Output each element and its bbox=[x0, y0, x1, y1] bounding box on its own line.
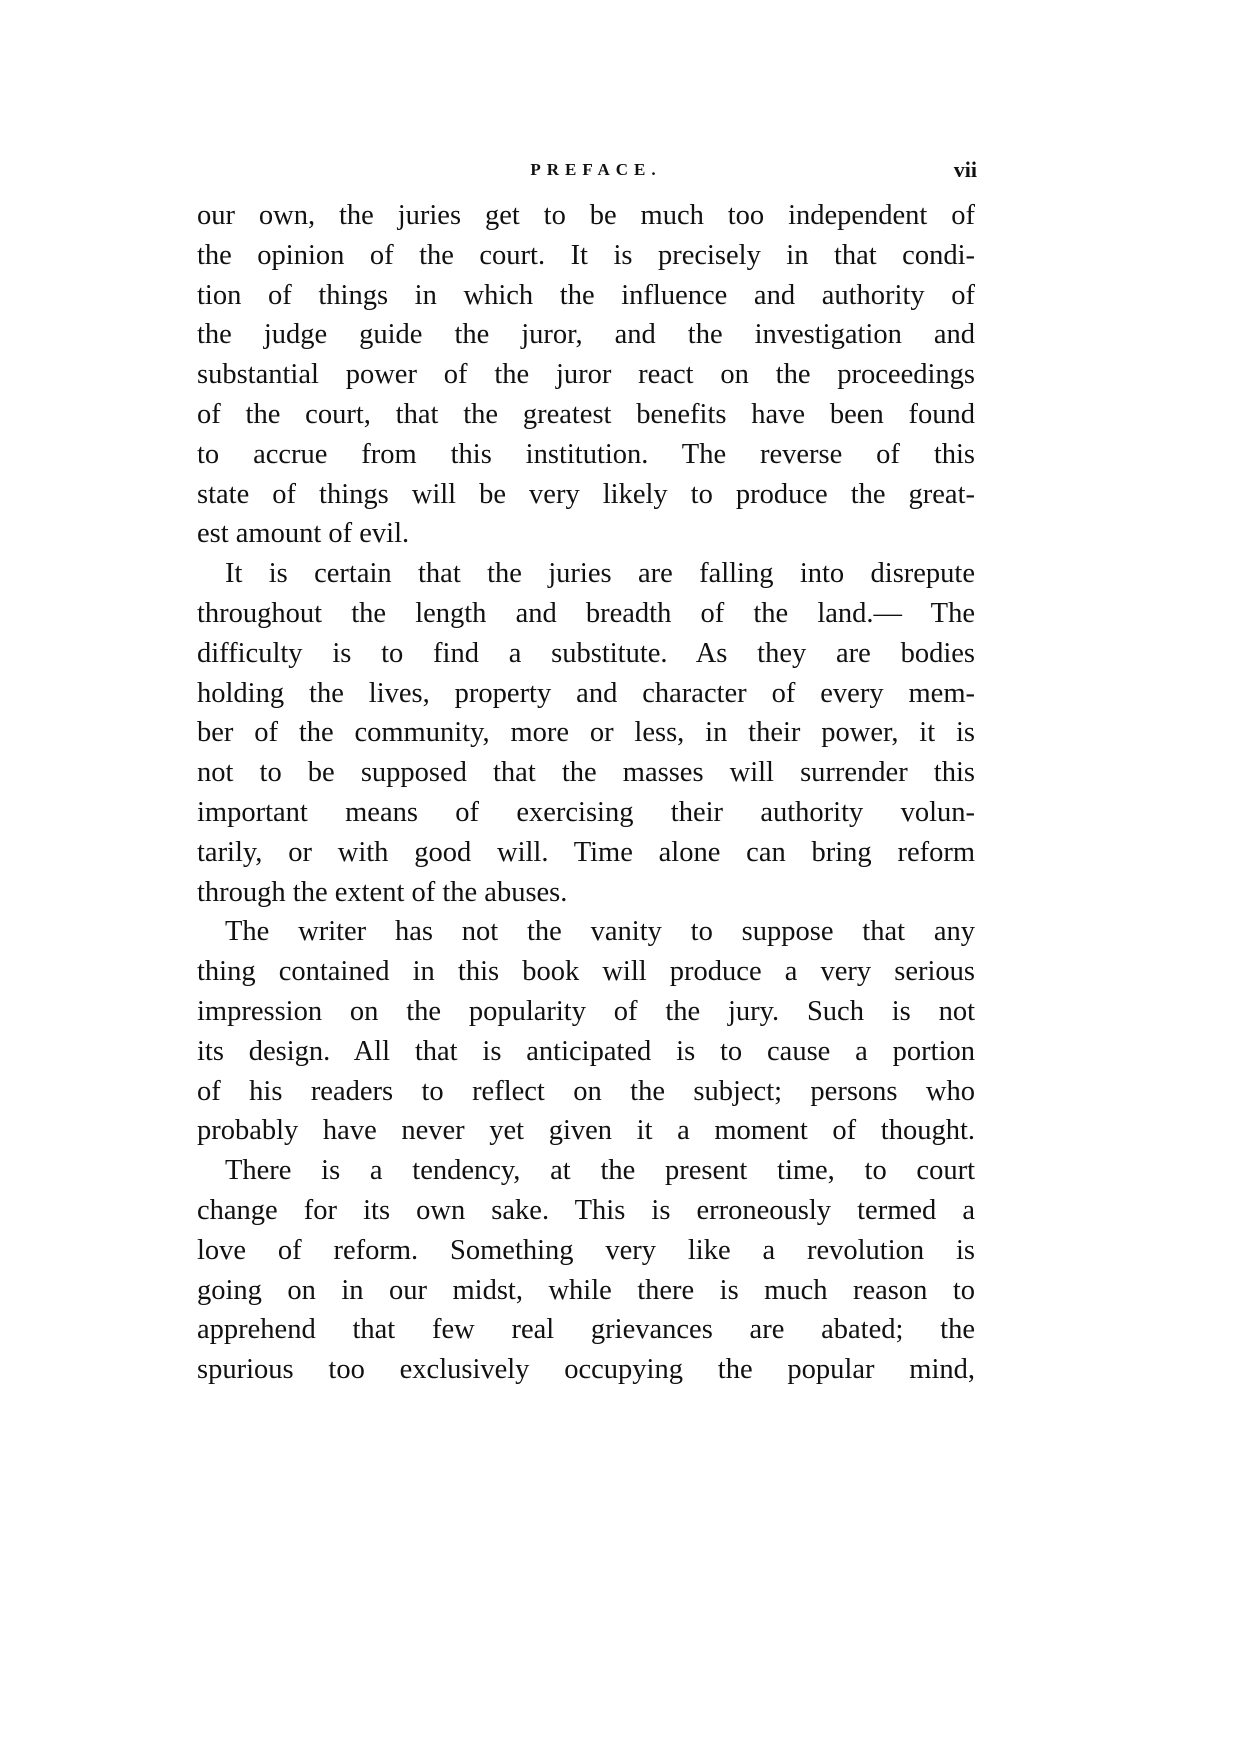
text-line: its design. All that is anticipated is t… bbox=[197, 1032, 975, 1072]
text-line: not to be supposed that the masses will … bbox=[197, 753, 975, 793]
text-line: important means of exercising their auth… bbox=[197, 793, 975, 833]
text-line: holding the lives, property and characte… bbox=[197, 674, 975, 714]
text-line: state of things will be very likely to p… bbox=[197, 475, 975, 515]
body-text: our own, the juries get to be much too i… bbox=[197, 196, 975, 1390]
text-line: love of reform. Something very like a re… bbox=[197, 1231, 975, 1271]
page-number: vii bbox=[954, 155, 977, 185]
paragraph: The writer has not the vanity to suppose… bbox=[197, 912, 975, 1151]
text-line: of his readers to reflect on the subject… bbox=[197, 1072, 975, 1112]
text-line: our own, the juries get to be much too i… bbox=[197, 196, 975, 236]
text-line: apprehend that few real grievances are a… bbox=[197, 1310, 975, 1350]
text-line: going on in our midst, while there is mu… bbox=[197, 1271, 975, 1311]
text-line: est amount of evil. bbox=[197, 514, 975, 554]
text-line: tarily, or with good will. Time alone ca… bbox=[197, 833, 975, 873]
text-line: the opinion of the court. It is precisel… bbox=[197, 236, 975, 276]
book-page: PREFACE. vii our own, the juries get to … bbox=[0, 0, 1241, 1754]
text-line: change for its own sake. This is erroneo… bbox=[197, 1191, 975, 1231]
paragraph: There is a tendency, at the present time… bbox=[197, 1151, 975, 1390]
text-line: to accrue from this institution. The rev… bbox=[197, 435, 975, 475]
text-line: of the court, that the greatest benefits… bbox=[197, 395, 975, 435]
text-line: difficulty is to find a substitute. As t… bbox=[197, 634, 975, 674]
paragraph: It is certain that the juries are fallin… bbox=[197, 554, 975, 912]
text-line: substantial power of the juror react on … bbox=[197, 355, 975, 395]
paragraph: our own, the juries get to be much too i… bbox=[197, 196, 975, 554]
text-line: the judge guide the juror, and the inves… bbox=[197, 315, 975, 355]
text-line: throughout the length and breadth of the… bbox=[197, 594, 975, 634]
text-line: There is a tendency, at the present time… bbox=[197, 1151, 975, 1191]
text-line: thing contained in this book will produc… bbox=[197, 952, 975, 992]
text-line: It is certain that the juries are fallin… bbox=[197, 554, 975, 594]
text-line: tion of things in which the influence an… bbox=[197, 276, 975, 316]
text-line: through the extent of the abuses. bbox=[197, 873, 975, 913]
text-line: spurious too exclusively occupying the p… bbox=[197, 1350, 975, 1390]
text-line: probably have never yet given it a momen… bbox=[197, 1111, 975, 1151]
running-head: PREFACE. vii bbox=[197, 155, 975, 185]
text-line: impression on the popularity of the jury… bbox=[197, 992, 975, 1032]
text-line: ber of the community, more or less, in t… bbox=[197, 713, 975, 753]
text-line: The writer has not the vanity to suppose… bbox=[197, 912, 975, 952]
running-title: PREFACE. bbox=[197, 155, 975, 185]
